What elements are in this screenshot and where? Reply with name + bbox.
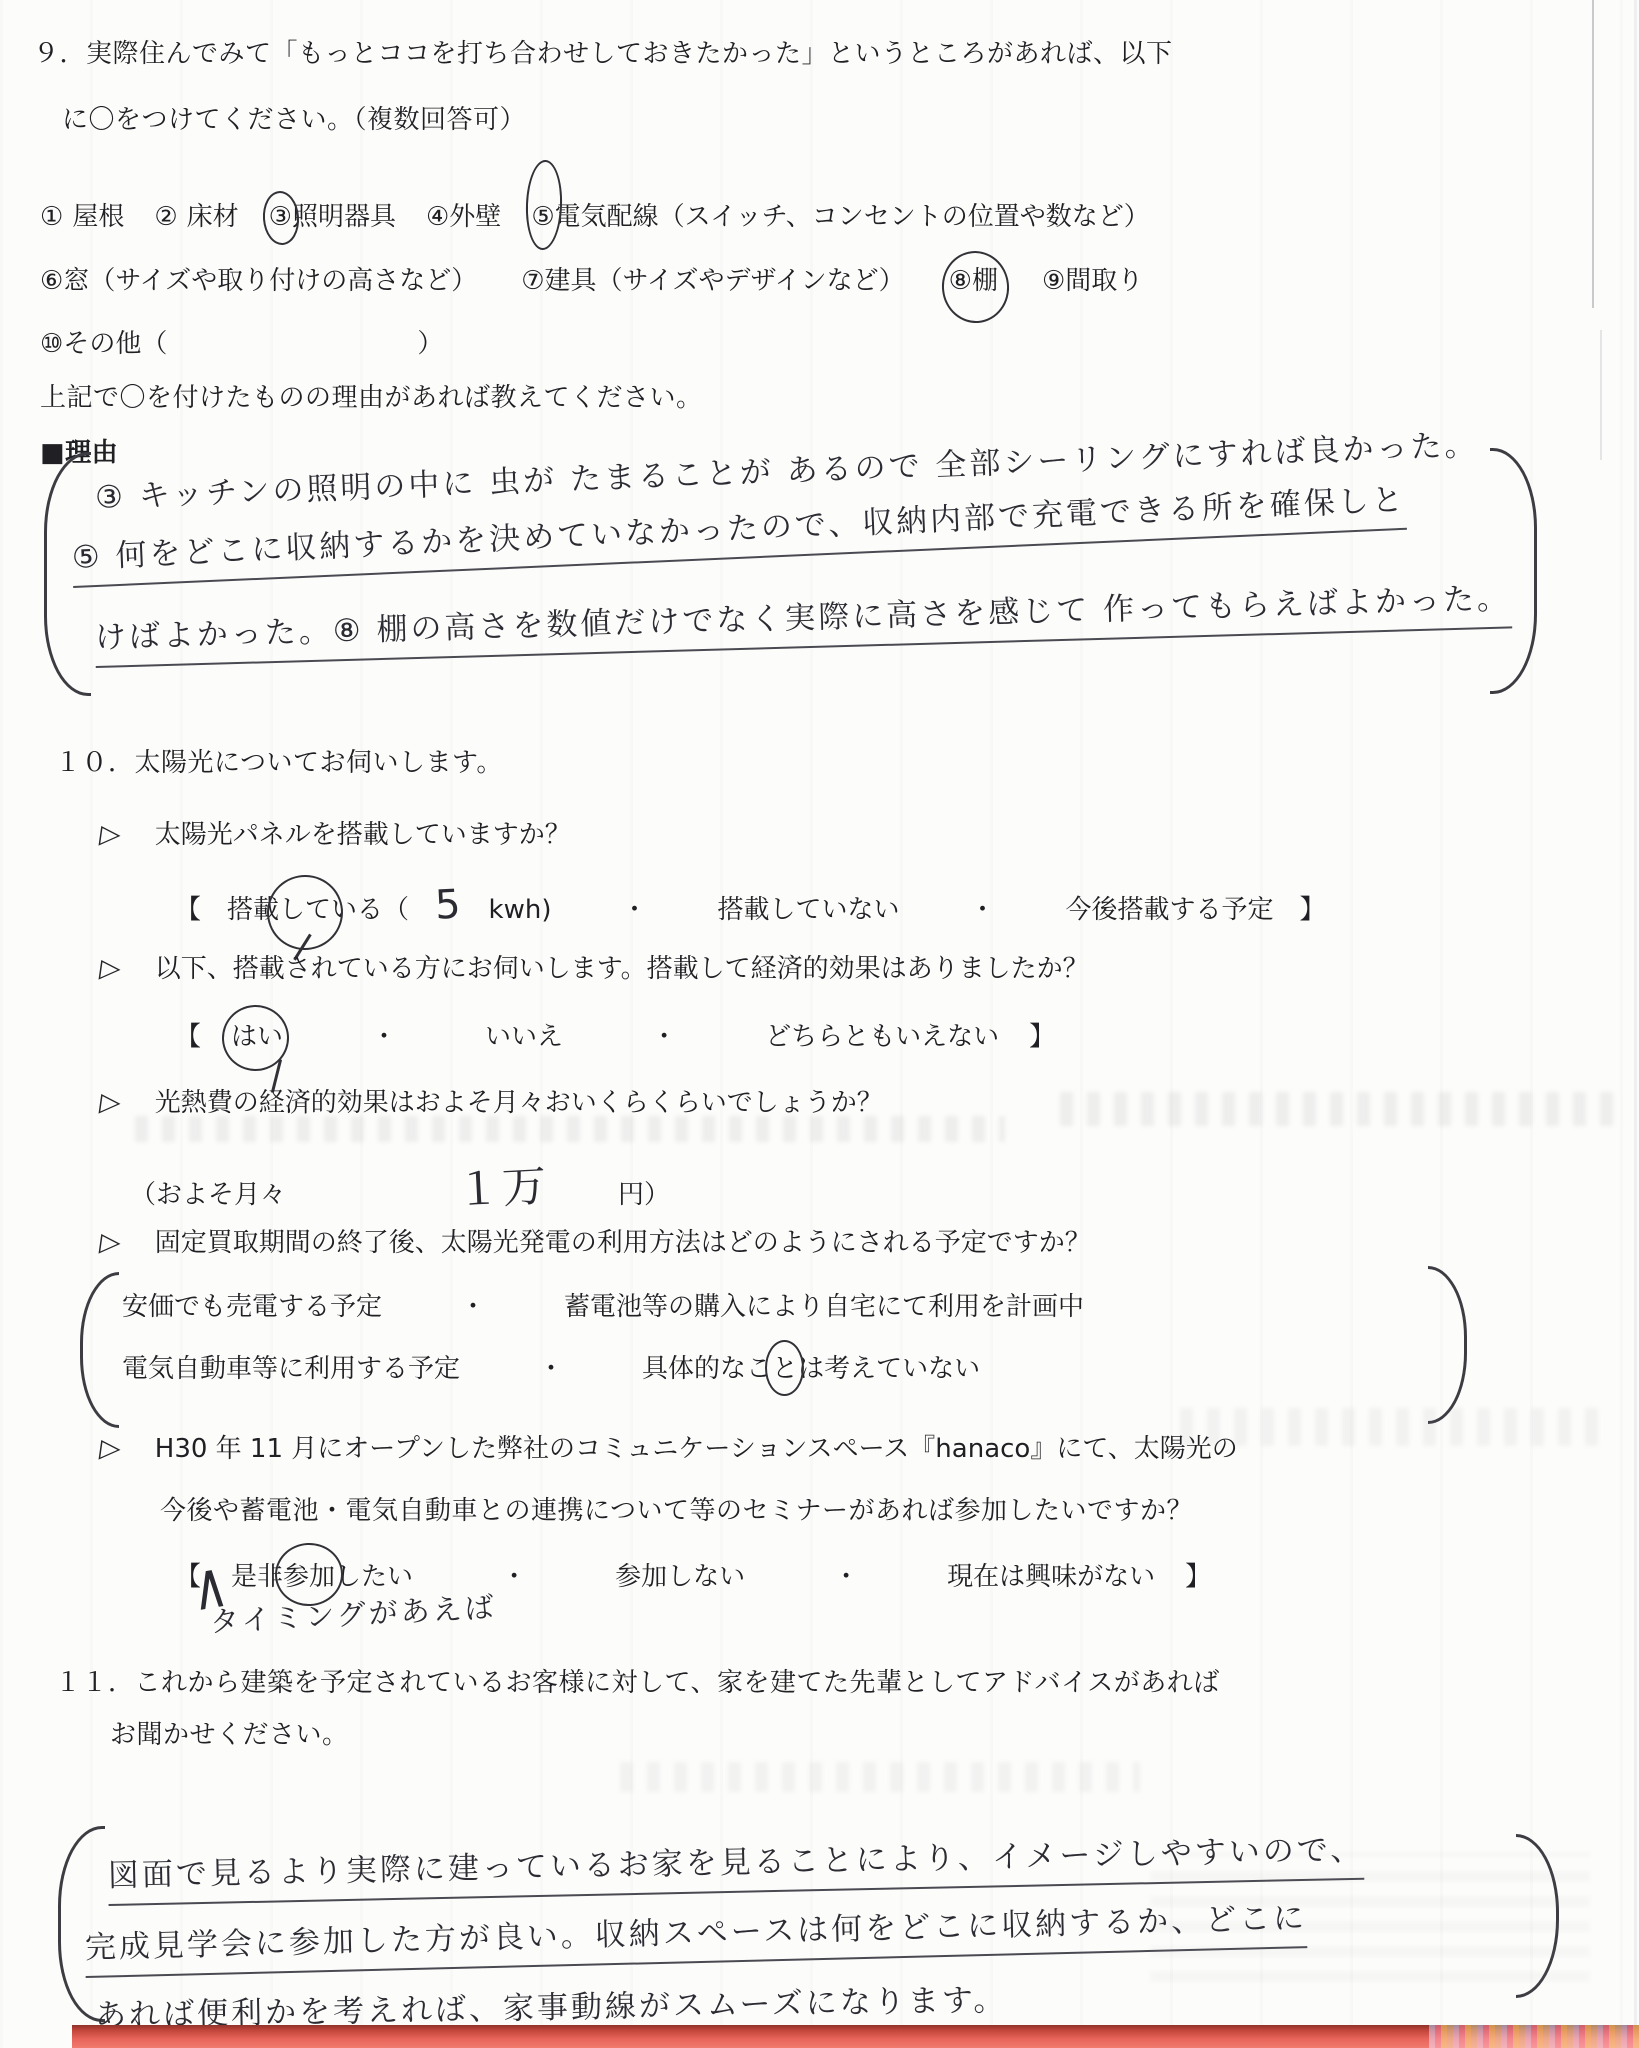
q10-answer3-row: （およそ月々 １万 円） xyxy=(130,1152,670,1216)
handwritten-kwh-value: 5 xyxy=(434,881,464,928)
bleed-through-artifact xyxy=(1180,1408,1610,1446)
option-label: 搭載 xyxy=(227,895,279,925)
hand-drawn-circle: ⑧棚 xyxy=(949,260,998,297)
option-label: その他（ xyxy=(63,329,167,359)
q9-reason-label: ■理由 xyxy=(40,432,118,469)
hand-drawn-circle: 参加 xyxy=(283,1556,335,1593)
option-definitely-join: 是非参加したい xyxy=(231,1556,413,1593)
option-label: 棚 xyxy=(972,266,998,296)
handwritten-monthly-amount: １万 xyxy=(454,1150,549,1219)
separator-dot: ・ xyxy=(970,889,996,926)
q10-question1: 太陽光パネルを搭載していますか？ xyxy=(155,814,571,851)
option-equipped: 搭載している（ xyxy=(227,889,409,926)
option-label: 是非 xyxy=(231,1562,283,1592)
separator-dot: ・ xyxy=(621,889,647,926)
option-number: ⑧ xyxy=(949,266,972,296)
option-yes: はい xyxy=(231,1022,283,1052)
q10-bullet2: ▷ 以下、搭載されている方にお伺いします。搭載して経済的効果はありましたか？ xyxy=(100,948,1089,985)
handwritten-timing-note: タイミングがあえば xyxy=(209,1585,498,1641)
separator-dot: ・ xyxy=(833,1556,859,1593)
close-paren: ） xyxy=(417,323,443,360)
hand-drawn-circle: して xyxy=(279,889,331,926)
hand-drawn-circle: ③ xyxy=(269,202,292,232)
option-label: して xyxy=(279,895,331,925)
option-battery-use: 蓄電池等の購入により自宅にて利用を計画中 xyxy=(564,1286,1084,1323)
option-floor-plan: ⑨間取り xyxy=(1042,260,1143,297)
option-label: 間取り xyxy=(1065,266,1143,296)
q10-question5-line1: H30 年 11 月にオープンした弊社のコミュニケーションスペース『hanaco… xyxy=(155,1428,1238,1465)
q10-answer1-row: 【 搭載している（ 5 kwh) ・ 搭載していない ・ 今後搭載する予定 】 xyxy=(175,882,1326,928)
q10-question5-line2: 今後や蓄電池・電気自動車との連携について等のセミナーがあれば参加したいですか？ xyxy=(160,1490,1193,1527)
arrow-bullet-icon: ▷ xyxy=(98,1434,123,1463)
scan-edge-line xyxy=(1592,0,1594,308)
option-other: ⑩その他（ xyxy=(40,323,167,360)
option-label: は考えていない xyxy=(798,1354,980,1384)
q11-heading-line1: １１．これから建築を予定されているお客様に対して、家を建てた先輩としてアドバイス… xyxy=(55,1662,1220,1699)
q10-answer5-row: 【 是非参加したい ・ 参加しない ・ 現在は興味がない 】 xyxy=(175,1556,1211,1593)
option-number: ⑨ xyxy=(1042,266,1065,296)
scan-edge-line xyxy=(1634,0,1637,2048)
monthly-label-open: （およそ月々 xyxy=(130,1174,286,1211)
q10-question3: 光熱費の経済的効果はおよそ月々おいくらくらいでしょうか？ xyxy=(155,1082,883,1119)
option-not-equipped: 搭載していない xyxy=(717,889,899,926)
q9-options-row1: ①屋根 ②床材 ③照明器具 ④外壁 ⑤電気配線（スイッチ、コンセントの位置や数な… xyxy=(40,196,1150,233)
monthly-label-close: 円） xyxy=(618,1174,670,1211)
option-nothing-concrete: 具体的なことは考えていない xyxy=(642,1348,980,1385)
option-wiring: ⑤電気配線（スイッチ、コンセントの位置や数など） xyxy=(531,196,1149,233)
bleed-through-artifact xyxy=(1060,1092,1620,1126)
q10-bullet5: ▷ H30 年 11 月にオープンした弊社のコミュニケーションスペース『hana… xyxy=(100,1428,1238,1465)
option-roof: ①屋根 xyxy=(40,196,124,233)
q9-option-other-row: ⑩その他（ ） xyxy=(40,323,443,360)
option-label: 参加 xyxy=(283,1562,335,1592)
option-shelf: ⑧棚 xyxy=(949,266,998,296)
option-number: ③ xyxy=(269,202,292,232)
q9-options-row2: ⑥窓（サイズや取り付けの高さなど） ⑦建具（サイズやデザインなど） ⑧棚 ⑨間取… xyxy=(40,260,1143,297)
option-label: 屋根 xyxy=(72,202,124,232)
handwritten-advice-line1: 図面で見るより実際に建っているお家を見ることにより、イメージしやすいので、 xyxy=(107,1824,1364,1906)
kwh-unit: kwh) xyxy=(489,895,552,925)
option-no: いいえ xyxy=(485,1016,563,1053)
arrow-bullet-icon: ▷ xyxy=(98,954,123,983)
open-bracket: 【 xyxy=(175,1016,201,1053)
hand-bracket-left xyxy=(80,1272,119,1428)
q9-note: 上記で〇を付けたものの理由があれば教えてください。 xyxy=(40,377,703,414)
close-bracket: 】 xyxy=(1185,1556,1211,1593)
option-label: したい xyxy=(335,1562,413,1592)
scan-noise-artifact xyxy=(1429,2025,1639,2048)
separator-dot: ・ xyxy=(501,1556,527,1593)
open-bracket: 【 xyxy=(175,889,201,926)
option-number: ② xyxy=(154,202,177,232)
option-fittings: ⑦建具（サイズやデザインなど） xyxy=(521,260,904,297)
option-number: ① xyxy=(40,202,63,232)
option-label: 建具（サイズやデザインなど） xyxy=(545,266,905,296)
q10-heading: １０．太陽光についてお伺いします。 xyxy=(55,742,503,779)
arrow-bullet-icon: ▷ xyxy=(98,1228,123,1257)
option-sell-cheap: 安価でも売電する予定 xyxy=(122,1286,382,1323)
option-label: 電気配線（スイッチ、コンセントの位置や数など） xyxy=(555,202,1150,232)
option-label: 窓（サイズや取り付けの高さなど） xyxy=(63,266,477,296)
option-number: ④ xyxy=(426,202,449,232)
arrow-bullet-icon: ▷ xyxy=(98,1088,123,1117)
option-number: ⑩ xyxy=(40,329,63,359)
option-window: ⑥窓（サイズや取り付けの高さなど） xyxy=(40,260,477,297)
option-label: 外壁 xyxy=(449,202,501,232)
option-flooring: ②床材 xyxy=(154,196,238,233)
arrow-bullet-icon: ▷ xyxy=(98,820,123,849)
separator-dot: ・ xyxy=(538,1348,564,1385)
scanned-survey-page: ９．実際住んでみて「もっとココを打ち合わせしておきたかった」というところがあれば… xyxy=(0,0,1639,2048)
bottom-red-bar xyxy=(72,2025,1639,2048)
option-plan-to-equip: 今後搭載する予定 xyxy=(1066,889,1274,926)
option-label: 床材 xyxy=(187,202,239,232)
separator-dot: ・ xyxy=(460,1286,486,1323)
option-not-join: 参加しない xyxy=(615,1556,745,1593)
close-bracket: 】 xyxy=(1300,889,1326,926)
hand-bracket-right xyxy=(1516,1834,1559,1998)
option-ev-use: 電気自動車等に利用する予定 xyxy=(122,1348,460,1385)
q9-heading-line2: に〇をつけてください。（複数回答可） xyxy=(62,99,526,136)
hand-bracket-right xyxy=(1490,448,1537,694)
option-label: 具体的なこ xyxy=(642,1354,772,1384)
hand-bracket-right xyxy=(1428,1266,1467,1424)
option-number: ⑦ xyxy=(521,266,544,296)
q10-bullet4: ▷ 固定買取期間の終了後、太陽光発電の利用方法はどのようにされる予定ですか？ xyxy=(100,1222,1091,1259)
separator-dot: ・ xyxy=(651,1016,677,1053)
option-exterior-wall: ④外壁 xyxy=(426,196,501,233)
q9-heading-line1: ９．実際住んでみて「もっとココを打ち合わせしておきたかった」というところがあれば… xyxy=(33,33,1173,70)
q10-answer4-line2: 電気自動車等に利用する予定 ・ 具体的なことは考えていない xyxy=(122,1348,980,1385)
q10-answer4-line1: 安価でも売電する予定 ・ 蓄電池等の購入により自宅にて利用を計画中 xyxy=(122,1286,1084,1323)
q10-question2: 以下、搭載されている方にお伺いします。搭載して経済的効果はありましたか？ xyxy=(155,948,1089,985)
hand-drawn-circle: と xyxy=(772,1348,798,1385)
option-label: と xyxy=(772,1354,798,1384)
q10-answer2-row: 【 はい ・ いいえ ・ どちらともいえない 】 xyxy=(175,1016,1055,1053)
q10-bullet1: ▷ 太陽光パネルを搭載していますか？ xyxy=(100,814,571,851)
close-bracket: 】 xyxy=(1029,1016,1055,1053)
q11-heading-line2: お聞かせください。 xyxy=(110,1714,349,1751)
option-no-interest: 現在は興味がない xyxy=(947,1556,1155,1593)
bleed-through-artifact xyxy=(135,1116,1005,1142)
hand-drawn-circle: はい xyxy=(231,1016,283,1053)
option-neither: どちらともいえない xyxy=(765,1016,999,1053)
bleed-through-artifact xyxy=(620,1762,1140,1792)
handwritten-advice-line2: 完成見学会に参加した方が良い。収納スペースは何をどこに収納するか、どこに xyxy=(84,1892,1307,1978)
separator-dot: ・ xyxy=(371,1016,397,1053)
hand-drawn-circle: ⑤ xyxy=(531,202,554,232)
option-number: ⑥ xyxy=(40,266,63,296)
scan-edge-line xyxy=(1600,330,1602,460)
option-number: ⑤ xyxy=(531,202,554,232)
option-lighting: ③照明器具 xyxy=(269,196,396,233)
option-label: 照明器具 xyxy=(292,202,396,232)
option-label: いる（ xyxy=(331,895,409,925)
handwritten-reason-line3: けばよかった。⑧ 棚の高さを数値だけでなく実際に高さを感じて 作ってもらえばよか… xyxy=(94,572,1512,668)
q10-bullet3: ▷ 光熱費の経済的効果はおよそ月々おいくらくらいでしょうか？ xyxy=(100,1082,883,1119)
q10-question4: 固定買取期間の終了後、太陽光発電の利用方法はどのようにされる予定ですか？ xyxy=(155,1222,1091,1259)
